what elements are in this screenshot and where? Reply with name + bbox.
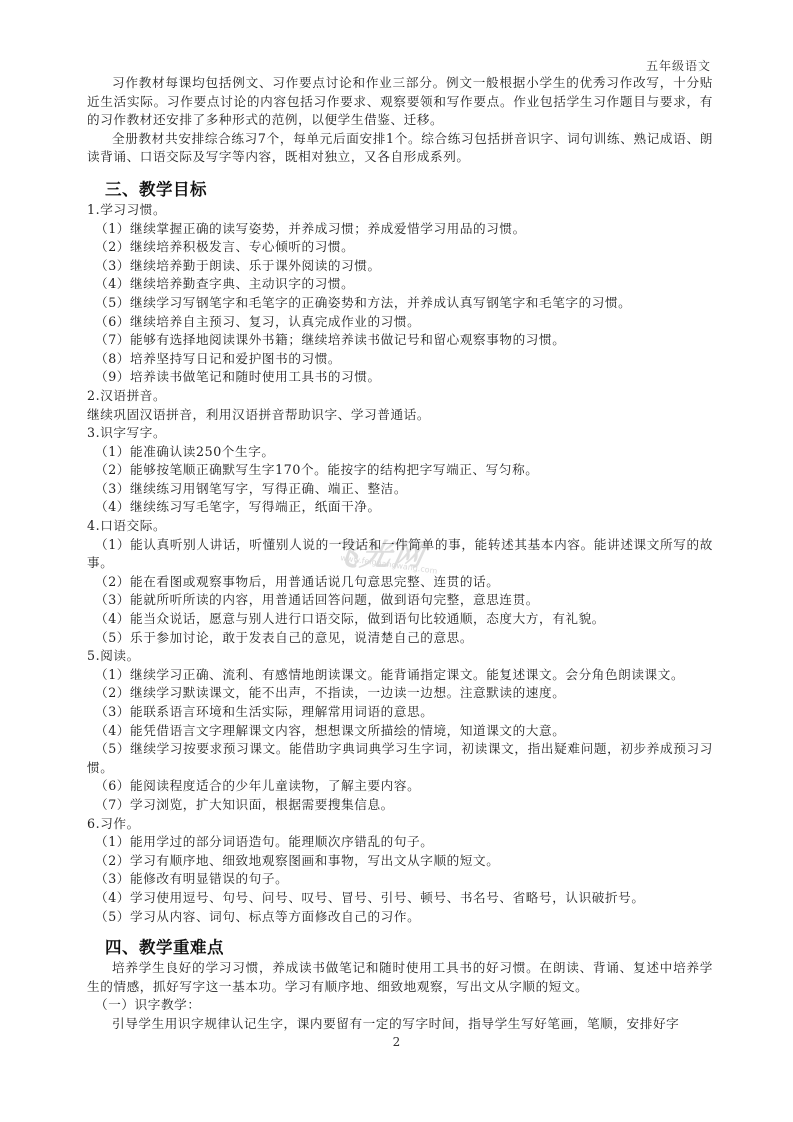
goal-item: （4）能凭借语言文字理解课文内容，想想课文所描绘的情境，知道课文的大意。 — [87, 722, 713, 741]
literacy-paragraph: 引导学生用识字规律认记生字，课内要留有一定的写字时间，指导学生写好笔画，笔顺，安… — [87, 1015, 713, 1034]
goal-item: （5）学习从内容、词句、标点等方面修改自己的习作。 — [87, 908, 713, 927]
goal-item: 继续巩固汉语拼音，利用汉语拼音帮助识字、学习普通话。 — [87, 406, 713, 425]
goal-item: （1）能认真听别人讲话，听懂别人说的一段话和一件简单的事，能转述其基本内容。能讲… — [87, 536, 713, 573]
goal-item: （6）继续培养自主预习、复习，认真完成作业的习惯。 — [87, 313, 713, 332]
goal-group-reading: 5.阅读。 （1）继续学习正确、流利、有感情地朗读课文。能背诵指定课文。能复述课… — [87, 647, 713, 814]
intro-paragraph: 全册教材共安排综合练习7个，每单元后面安排1个。综合练习包括拼音识字、词句训练、… — [87, 130, 713, 167]
goal-item: （2）能在看图或观察事物后，用普通话说几句意思完整、连贯的话。 — [87, 573, 713, 592]
goal-item: （5）继续学习按要求预习课文。能借助字典词典学习生字词，初读课文，指出疑难问题，… — [87, 740, 713, 777]
goal-item: （4）学习使用逗号、句号、问号、叹号、冒号、引号、顿号、书名号、省略号，认识破折… — [87, 889, 713, 908]
goal-heading: 4.口语交际。 — [87, 517, 713, 536]
goal-group-habits: 1.学习习惯。 （1）继续掌握正确的读写姿势，并养成习惯；养成爱惜学习用品的习惯… — [87, 201, 713, 387]
goal-item: （1）继续学习正确、流利、有感情地朗读课文。能背诵指定课文。能复述课文。会分角色… — [87, 666, 713, 685]
goal-item: （3）能联系语言环境和生活实际，理解常用词语的意思。 — [87, 703, 713, 722]
goal-item: （5）继续学习写钢笔字和毛笔字的正确姿势和方法，并养成认真写钢笔字和毛笔字的习惯… — [87, 294, 713, 313]
goal-group-oral: 4.口语交际。 （1）能认真听别人讲话，听懂别人说的一段话和一件简单的事，能转述… — [87, 517, 713, 647]
page-number: 2 — [0, 1035, 793, 1049]
goal-item: （1）能准确认读250个生字。 — [87, 443, 713, 462]
goal-item: （6）能阅读程度适合的少年儿童读物，了解主要内容。 — [87, 777, 713, 796]
goal-heading: 6.习作。 — [87, 815, 713, 834]
key-points-paragraph: 培养学生良好的学习习惯，养成读书做笔记和随时使用工具书的好习惯。在朗读、背诵、复… — [87, 959, 713, 996]
goal-item: （1）继续掌握正确的读写姿势，并养成习惯；养成爱惜学习用品的习惯。 — [87, 220, 713, 239]
goal-item: （7）学习浏览，扩大知识面，根据需要搜集信息。 — [87, 796, 713, 815]
goal-item: （2）能够按笔顺正确默写生字170个。能按字的结构把字写端正、写匀称。 — [87, 461, 713, 480]
goal-item: （2）继续学习默读课文，能不出声，不指读，一边读一边想。注意默读的速度。 — [87, 684, 713, 703]
goal-group-characters: 3.识字写字。 （1）能准确认读250个生字。 （2）能够按笔顺正确默写生字17… — [87, 424, 713, 517]
goal-item: （3）继续练习用钢笔写字，写得正确、端正、整洁。 — [87, 480, 713, 499]
goal-item: （5）乐于参加讨论，敢于发表自己的意见，说清楚自己的意思。 — [87, 629, 713, 648]
goal-group-writing: 6.习作。 （1）能用学过的部分词语造句。能理顺次序错乱的句子。 （2）学习有顺… — [87, 815, 713, 927]
running-header: 五年级语文 — [646, 57, 711, 74]
goal-item: （3）能修改有明显错误的句子。 — [87, 870, 713, 889]
goal-item: （3）继续培养勤于朗读、乐于课外阅读的习惯。 — [87, 257, 713, 276]
goal-item: （4）继续培养勤查字典、主动识字的习惯。 — [87, 275, 713, 294]
goal-heading: 5.阅读。 — [87, 647, 713, 666]
goal-item: （1）能用学过的部分词语造句。能理顺次序错乱的句子。 — [87, 833, 713, 852]
goal-item: （2）继续培养积极发言、专心倾听的习惯。 — [87, 238, 713, 257]
goal-item: （8）培养坚持写日记和爱护图书的习惯。 — [87, 350, 713, 369]
section-title: 三、教学目标 — [87, 179, 713, 201]
goal-item: （7）能够有选择地阅读课外书籍；继续培养读书做记号和留心观察事物的习惯。 — [87, 331, 713, 350]
goal-group-pinyin: 2.汉语拼音。 继续巩固汉语拼音，利用汉语拼音帮助识字、学习普通话。 — [87, 387, 713, 424]
goal-heading: 2.汉语拼音。 — [87, 387, 713, 406]
goal-item: （9）培养读书做笔记和随时使用工具书的习惯。 — [87, 368, 713, 387]
section-title: 四、教学重难点 — [87, 937, 713, 959]
goal-item: （4）继续练习写毛笔字，写得端正，纸面干净。 — [87, 498, 713, 517]
goal-item: （4）能当众说话，愿意与别人进行口语交际，做到语句比较通顺，态度大方，有礼貌。 — [87, 610, 713, 629]
document-content: 习作教材每课均包括例文、习作要点讨论和作业三部分。例文一般根据小学生的优秀习作改… — [87, 74, 713, 1034]
goal-heading: 3.识字写字。 — [87, 424, 713, 443]
goal-heading: 1.学习习惯。 — [87, 201, 713, 220]
intro-paragraph: 习作教材每课均包括例文、习作要点讨论和作业三部分。例文一般根据小学生的优秀习作改… — [87, 74, 713, 130]
subsection-heading: （一）识字教学： — [87, 996, 713, 1015]
goal-item: （3）能就所听所读的内容，用普通话回答问题，做到语句完整，意思连贯。 — [87, 591, 713, 610]
goal-item: （2）学习有顺序地、细致地观察图画和事物，写出文从字顺的短文。 — [87, 852, 713, 871]
